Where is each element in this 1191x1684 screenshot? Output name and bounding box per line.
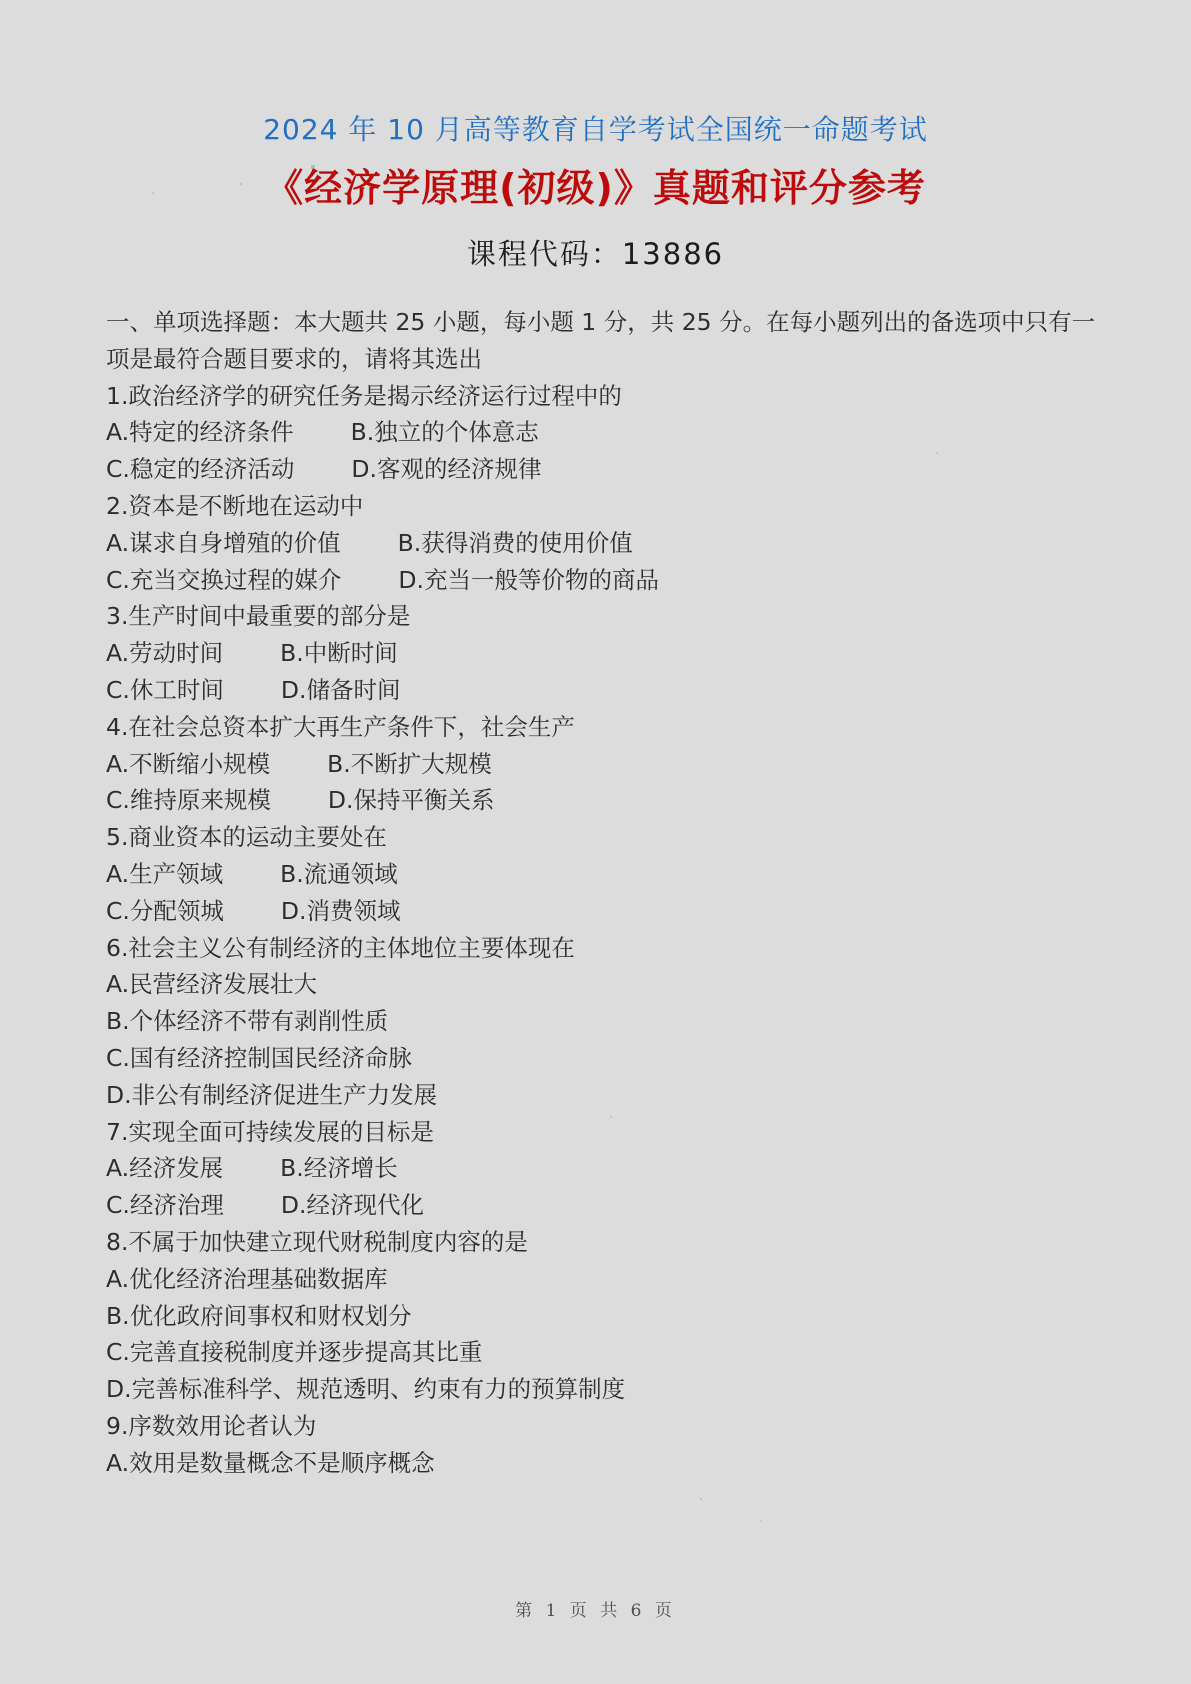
section-intro-line: 一、单项选择题：本大题共 25 小题，每小题 1 分，共 25 分。在每小题列出…	[106, 304, 1066, 341]
question-stem: 2.资本是不断地在运动中	[106, 488, 1066, 525]
option-label: B.中断时间	[280, 639, 398, 667]
option-label: B.个体经济不带有剥削性质	[106, 1007, 388, 1035]
option-label: C.休工时间	[106, 676, 224, 704]
section-intro-line: 项是最符合题目要求的，请将其选出	[106, 341, 1066, 378]
option-label: B.优化政府间事权和财权划分	[106, 1302, 412, 1330]
option-label: A.谋求自身增殖的价值	[106, 529, 341, 557]
exam-paper-page: 2024 年 10 月高等教育自学考试全国统一命题考试 《经济学原理(初级)》真…	[0, 0, 1191, 1684]
option-label: B.流通领域	[280, 860, 398, 888]
question-stem: 5.商业资本的运动主要处在	[106, 819, 1066, 856]
option-label: A.不断缩小规模	[106, 750, 270, 778]
option-row: B.个体经济不带有剥削性质	[106, 1003, 1066, 1040]
option-label: B.经济增长	[280, 1154, 398, 1182]
option-row: C.稳定的经济活动D.客观的经济规律	[106, 451, 1066, 488]
option-label: C.国有经济控制国民经济命脉	[106, 1044, 412, 1072]
option-label: D.非公有制经济促进生产力发展	[106, 1081, 437, 1109]
option-row: C.休工时间D.储备时间	[106, 672, 1066, 709]
option-label: D.完善标准科学、规范透明、约束有力的预算制度	[106, 1375, 625, 1403]
option-label: A.特定的经济条件	[106, 418, 294, 446]
scan-noise	[0, 0, 2, 2]
option-label: C.完善直接税制度并逐步提高其比重	[106, 1338, 482, 1366]
option-row: A.特定的经济条件B.独立的个体意志	[106, 414, 1066, 451]
option-label: A.生产领域	[106, 860, 223, 888]
page-number-label: 第 1 页 共 6 页	[515, 1601, 676, 1621]
option-label: D.储备时间	[281, 676, 401, 704]
option-row: C.经济治理D.经济现代化	[106, 1187, 1066, 1224]
option-row: A.生产领域B.流通领域	[106, 856, 1066, 893]
option-row: D.完善标准科学、规范透明、约束有力的预算制度	[106, 1371, 1066, 1408]
document-header: 2024 年 10 月高等教育自学考试全国统一命题考试 《经济学原理(初级)》真…	[0, 110, 1191, 274]
option-label: C.经济治理	[106, 1191, 224, 1219]
option-row: C.国有经济控制国民经济命脉	[106, 1040, 1066, 1077]
question-stem: 6.社会主义公有制经济的主体地位主要体现在	[106, 930, 1066, 967]
question-section: 一、单项选择题：本大题共 25 小题，每小题 1 分，共 25 分。在每小题列出…	[106, 304, 1066, 1482]
question-stem: 3.生产时间中最重要的部分是	[106, 598, 1066, 635]
option-row: B.优化政府间事权和财权划分	[106, 1298, 1066, 1335]
option-label: D.消费领域	[281, 897, 401, 925]
option-label: D.充当一般等价物的商品	[398, 566, 659, 594]
option-label: B.获得消费的使用价值	[398, 529, 633, 557]
option-row: C.分配领城D.消费领域	[106, 893, 1066, 930]
option-label: C.分配领城	[106, 897, 224, 925]
option-label: C.维持原来规模	[106, 786, 271, 814]
page-footer: 第 1 页 共 6 页	[0, 1596, 1191, 1621]
option-label: A.优化经济治理基础数据库	[106, 1265, 388, 1293]
option-label: A.劳动时间	[106, 639, 223, 667]
option-row: C.完善直接税制度并逐步提高其比重	[106, 1334, 1066, 1371]
question-stem: 8.不属于加快建立现代财税制度内容的是	[106, 1224, 1066, 1261]
option-label: A.效用是数量概念不是顺序概念	[106, 1449, 435, 1477]
option-label: C.充当交换过程的媒介	[106, 566, 341, 594]
course-code: 课程代码：13886	[0, 234, 1191, 274]
option-row: A.劳动时间B.中断时间	[106, 635, 1066, 672]
option-row: A.民营经济发展壮大	[106, 966, 1066, 1003]
option-row: A.不断缩小规模B.不断扩大规模	[106, 746, 1066, 783]
option-label: C.稳定的经济活动	[106, 455, 294, 483]
option-label: A.经济发展	[106, 1154, 223, 1182]
exam-session-title: 2024 年 10 月高等教育自学考试全国统一命题考试	[0, 110, 1191, 150]
option-label: A.民营经济发展壮大	[106, 970, 317, 998]
option-row: A.经济发展B.经济增长	[106, 1150, 1066, 1187]
question-stem: 9.序数效用论者认为	[106, 1408, 1066, 1445]
option-label: D.经济现代化	[281, 1191, 424, 1219]
question-stem: 7.实现全面可持续发展的目标是	[106, 1114, 1066, 1151]
option-label: D.保持平衡关系	[328, 786, 495, 814]
option-row: C.维持原来规模D.保持平衡关系	[106, 782, 1066, 819]
option-label: B.不断扩大规模	[327, 750, 492, 778]
option-label: B.独立的个体意志	[351, 418, 539, 446]
question-stem: 1.政治经济学的研究任务是揭示经济运行过程中的	[106, 378, 1066, 415]
option-row: C.充当交换过程的媒介D.充当一般等价物的商品	[106, 562, 1066, 599]
paper-title: 《经济学原理(初级)》真题和评分参考	[0, 160, 1191, 216]
option-row: D.非公有制经济促进生产力发展	[106, 1077, 1066, 1114]
option-label: D.客观的经济规律	[351, 455, 541, 483]
option-row: A.优化经济治理基础数据库	[106, 1261, 1066, 1298]
option-row: A.效用是数量概念不是顺序概念	[106, 1445, 1066, 1482]
question-stem: 4.在社会总资本扩大再生产条件下，社会生产	[106, 709, 1066, 746]
option-row: A.谋求自身增殖的价值B.获得消费的使用价值	[106, 525, 1066, 562]
